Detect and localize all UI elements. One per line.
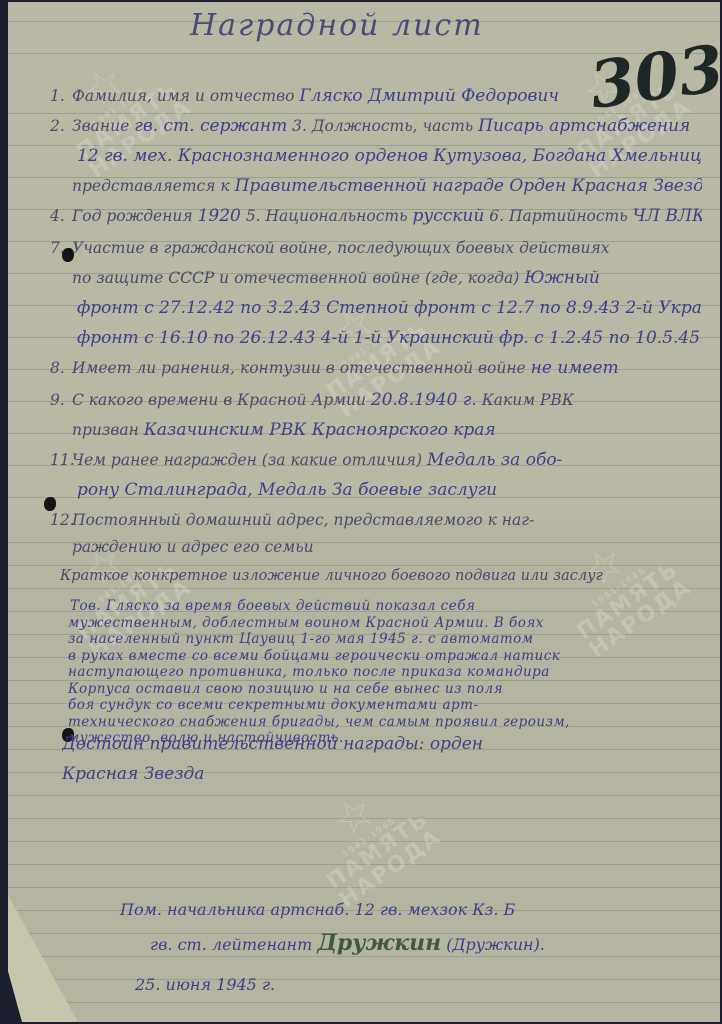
field-label: призван	[72, 421, 139, 439]
feat-heading: Краткое конкретное изложение личного бое…	[60, 568, 702, 584]
field-value: Правительственной награде Орден Красная …	[235, 176, 702, 196]
document-date: 25. июня 1945 г.	[135, 975, 275, 994]
feat-line: мужественным, доблестным воином Красной …	[68, 615, 702, 631]
signer-position: Пом. начальника артснаб. 12 гв. мехзок К…	[120, 900, 515, 919]
field-value: рону Сталинграда, Медаль За боевые заслу…	[77, 480, 497, 500]
feat-line: за населенный пункт Цаувиц 1-го мая 1945…	[68, 631, 702, 647]
field-row: призван Казачинским РВК Красноярского кр…	[50, 420, 702, 440]
field-value: 1920	[198, 206, 241, 226]
feat-line: боя сундук со всеми секретными документа…	[68, 697, 702, 713]
field-label: по защите СССР и отечественной войне (гд…	[72, 269, 519, 287]
field-number: 7.	[50, 239, 72, 257]
field-label: Имеет ли ранения, контузии в отечественн…	[72, 359, 526, 377]
field-label: Участие в гражданской войне, последующих…	[72, 239, 609, 257]
field-row: 9.С какого времени в Красной Армии 20.8.…	[50, 390, 702, 410]
field-row: раждению и адрес его семьи	[50, 537, 702, 557]
feat-line: Тов. Гляско за время боевых действий пок…	[70, 598, 702, 614]
signature: Дружкин	[317, 930, 441, 956]
field-value: 12 гв. мех. Краснознаменного орденов Кут…	[77, 146, 702, 166]
field-label: раждению и адрес его семьи	[72, 538, 314, 556]
conclusion-line-1: Достоин правительственной награды: орден	[62, 734, 702, 754]
field-value: Южный	[524, 268, 600, 288]
field-value: Медаль за обо-	[427, 450, 562, 470]
field-label: 3. Должность, часть	[292, 117, 473, 135]
field-row: 11.Чем ранее награжден (за какие отличия…	[50, 450, 702, 470]
field-label: С какого времени в Красной Армии	[72, 391, 366, 409]
feat-line: Корпуса оставил свою позицию и на себе в…	[68, 681, 702, 697]
field-value: гв. ст. сержант	[134, 116, 287, 136]
field-row: 8.Имеет ли ранения, контузии в отечестве…	[50, 358, 702, 378]
field-row: 7.Участие в гражданской войне, последующ…	[50, 238, 702, 258]
field-number: 11.	[50, 451, 72, 469]
field-value: Казачинским РВК Красноярского края	[144, 420, 496, 440]
signer-rank: гв. ст. лейтенант Дружкин (Дружкин).	[150, 930, 545, 956]
field-row: 2.Звание гв. ст. сержант 3. Должность, ч…	[50, 116, 702, 136]
field-value: фронт с 16.10 по 26.12.43 4-й 1-й Украин…	[77, 328, 700, 348]
field-label: представляется к	[72, 177, 230, 195]
field-value: ЧЛ ВЛКСМ	[633, 206, 702, 226]
field-row: 1.Фамилия, имя и отчество Гляско Дмитрий…	[50, 86, 702, 106]
field-label: 6. Партийность	[489, 207, 627, 225]
field-number: 1.	[50, 87, 72, 105]
field-value: Гляско Дмитрий Федорович	[299, 86, 559, 106]
field-label: Постоянный домашний адрес, представляемо…	[72, 511, 534, 529]
field-row: 12 гв. мех. Краснознаменного орденов Кут…	[50, 146, 702, 166]
field-value: фронт с 27.12.42 по 3.2.43 Степной фронт…	[77, 298, 702, 318]
field-row: 12.Постоянный домашний адрес, представля…	[50, 510, 702, 530]
field-row: по защите СССР и отечественной войне (гд…	[50, 268, 702, 288]
field-value: 20.8.1940 г.	[371, 390, 477, 410]
field-number: 2.	[50, 117, 72, 135]
signer-name: (Дружкин).	[446, 935, 545, 954]
field-number: 12.	[50, 511, 72, 529]
field-number: 8.	[50, 359, 72, 377]
field-value: русский	[412, 206, 484, 226]
field-row: фронт с 16.10 по 26.12.43 4-й 1-й Украин…	[50, 328, 702, 348]
field-row: фронт с 27.12.42 по 3.2.43 Степной фронт…	[50, 298, 702, 318]
field-row: представляется к Правительственной награ…	[50, 176, 702, 196]
feat-line: наступающего противника, только после пр…	[68, 664, 702, 680]
feat-line: технического снабжения бригады, чем самы…	[68, 714, 702, 730]
field-label: Каким РВК	[482, 391, 574, 409]
field-label: Звание	[72, 117, 129, 135]
field-value: Писарь артснабжения	[478, 116, 690, 136]
feat-line: в руках вместе со всеми бойцами героичес…	[68, 648, 702, 664]
field-label: Фамилия, имя и отчество	[72, 87, 294, 105]
conclusion-line-2: Красная Звезда	[62, 764, 702, 784]
field-number: 4.	[50, 207, 72, 225]
field-row: рону Сталинграда, Медаль За боевые заслу…	[50, 480, 702, 500]
field-label: Чем ранее награжден (за какие отличия)	[72, 451, 422, 469]
field-label: 5. Национальность	[246, 207, 408, 225]
field-number: 9.	[50, 391, 72, 409]
field-label: Год рождения	[72, 207, 193, 225]
field-row: 4.Год рождения 1920 5. Национальность ру…	[50, 206, 702, 226]
field-value: не имеет	[531, 358, 619, 378]
document-title: Наградной лист	[190, 8, 484, 43]
